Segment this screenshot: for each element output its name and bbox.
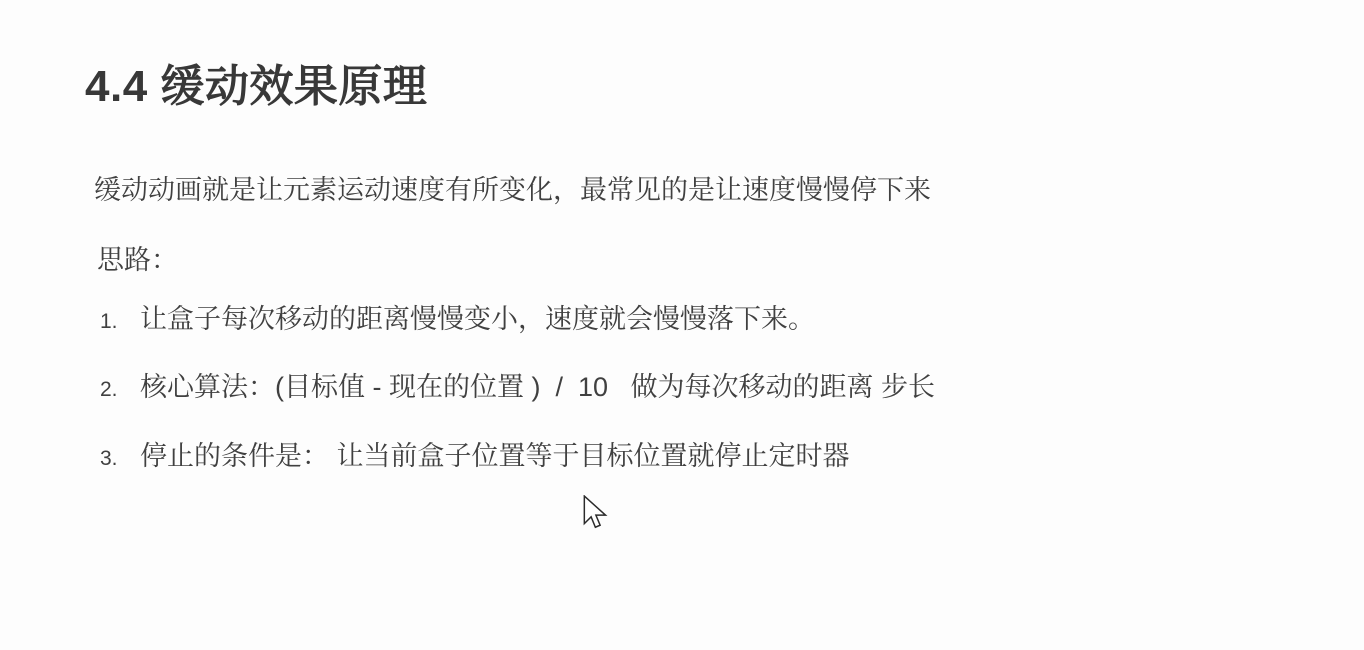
document-page: 4.4 缓动效果原理 缓动动画就是让元素运动速度有所变化，最常见的是让速度慢慢停… (0, 0, 1364, 650)
slide-title: 4.4 缓动效果原理 (85, 50, 427, 114)
list-item-text: 让盒子每次移动的距离慢慢变小，速度就会慢慢落下来。 (140, 297, 815, 336)
list-item-text: 停止的条件是： 让当前盒子位置等于目标位置就停止定时器 (140, 434, 850, 473)
mouse-arrow-cursor-icon (583, 495, 609, 530)
approach-label: 思路： (97, 238, 178, 277)
list-item: 3. 停止的条件是： 让当前盒子位置等于目标位置就停止定时器 (100, 434, 850, 473)
list-item-number: 3. (100, 447, 140, 471)
list-item-number: 2. (100, 378, 140, 402)
list-item: 2. 核心算法：(目标值 - 现在的位置 ) / 10 做为每次移动的距离 步长 (100, 365, 935, 404)
intro-paragraph: 缓动动画就是让元素运动速度有所变化，最常见的是让速度慢慢停下来 (94, 168, 931, 207)
list-item-number: 1. (100, 310, 140, 334)
list-item-text: 核心算法：(目标值 - 现在的位置 ) / 10 做为每次移动的距离 步长 (140, 365, 935, 404)
list-item: 1. 让盒子每次移动的距离慢慢变小，速度就会慢慢落下来。 (100, 297, 815, 336)
